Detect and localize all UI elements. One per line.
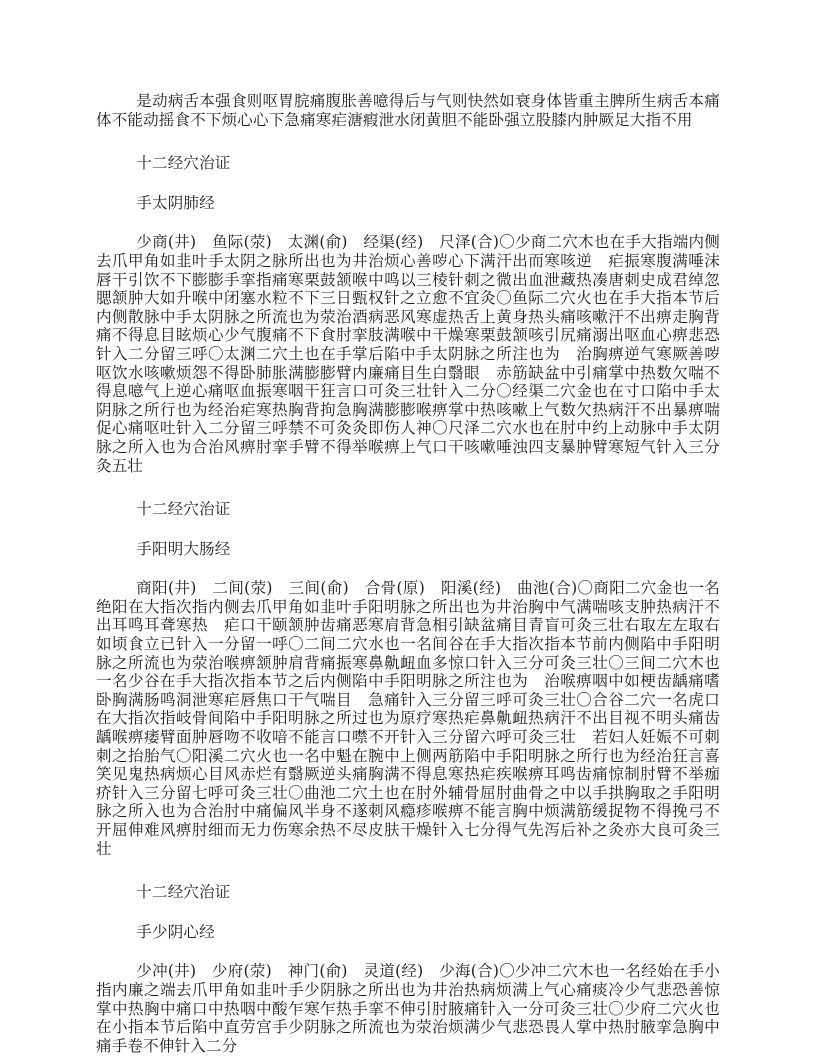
section-heading-lung-meridian: 手太阴肺经 bbox=[96, 194, 720, 213]
paragraph-heart-meridian-points: 少冲(井) 少府(荥) 神门(俞) 灵道(经) 少海(合)〇少冲二穴木也一名经始… bbox=[96, 962, 720, 1055]
document-page: 是动病舌本强食则呕胃脘痛腹胀善噫得后与气则快然如衰身体皆重主脾所生病舌本痛体不能… bbox=[0, 0, 816, 1056]
document-body: 是动病舌本强食则呕胃脘痛腹胀善噫得后与气则快然如衰身体皆重主脾所生病舌本痛体不能… bbox=[96, 92, 720, 1055]
paragraph-large-intestine-meridian-points: 商阳(井) 二间(荥) 三间(俞) 合骨(原) 阳溪(经) 曲池(合)〇商阳二穴… bbox=[96, 579, 720, 858]
paragraph-lung-meridian-points: 少商(井) 鱼际(荥) 太渊(俞) 经渠(经) 尺泽(合)〇少商二穴木也在手大指… bbox=[96, 233, 720, 475]
section-heading-twelve-meridians-1: 十二经穴治证 bbox=[96, 154, 720, 173]
section-heading-heart-meridian: 手少阴心经 bbox=[96, 923, 720, 942]
paragraph-spleen-meridian-symptoms: 是动病舌本强食则呕胃脘痛腹胀善噫得后与气则快然如衰身体皆重主脾所生病舌本痛体不能… bbox=[96, 92, 720, 129]
section-heading-large-intestine-meridian: 手阳明大肠经 bbox=[96, 540, 720, 559]
section-heading-twelve-meridians-2: 十二经穴治证 bbox=[96, 500, 720, 519]
section-heading-twelve-meridians-3: 十二经穴治证 bbox=[96, 883, 720, 902]
